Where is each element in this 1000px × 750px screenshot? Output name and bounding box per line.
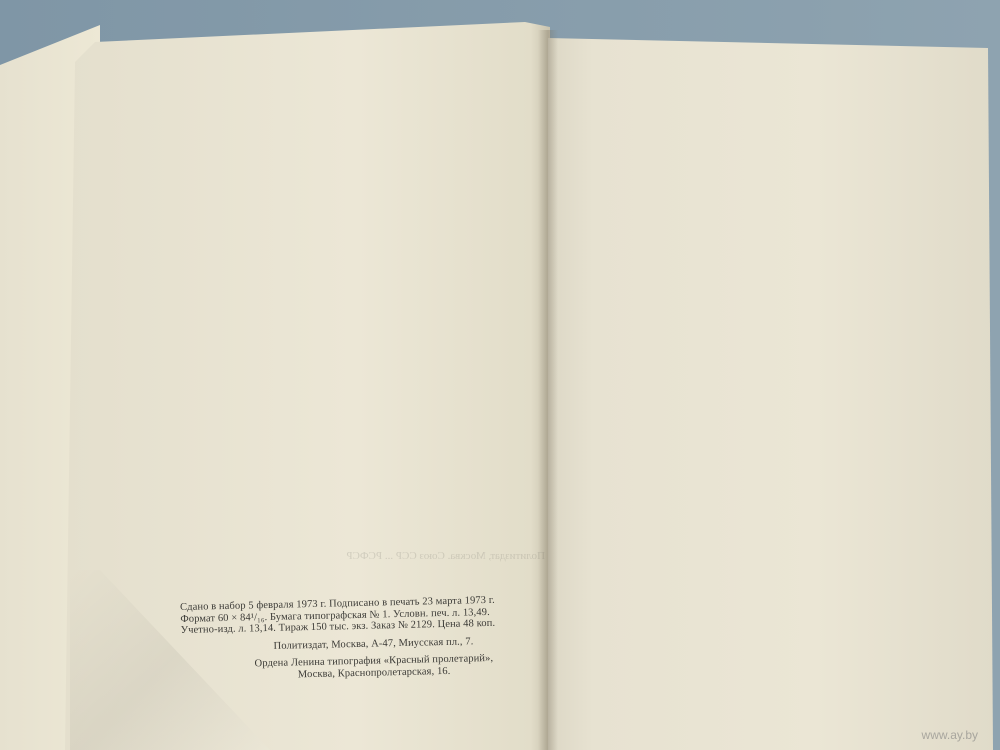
watermark: www.ay.by [922, 728, 978, 742]
right-page [548, 38, 993, 750]
publisher-line: Политиздат, Москва, А-47, Миусская пл., … [181, 634, 566, 654]
bleed-through-text: Политиздат, Москва. Союз ССР ... РСФСР [165, 550, 545, 563]
colophon: Сдано в набор 5 февраля 1973 г. Подписан… [180, 593, 567, 683]
